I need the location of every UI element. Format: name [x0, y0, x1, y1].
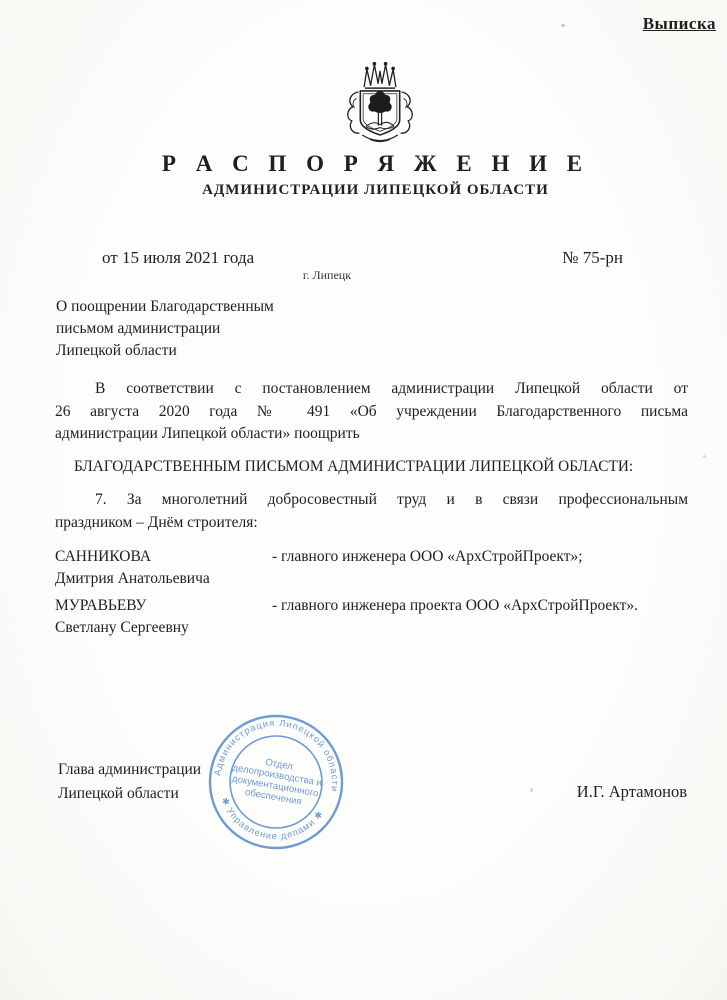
awardee-surname: САННИКОВА — [55, 546, 272, 568]
awardee-surname: МУРАВЬЕВУ — [55, 595, 272, 617]
document-number: № 75-рн — [562, 248, 623, 268]
paragraph-line: праздником – Днём строителя: — [55, 512, 688, 535]
scan-speck — [703, 455, 706, 458]
lipetsk-coat-of-arms-icon — [337, 60, 423, 150]
document-header: Р А С П О Р Я Ж Е Н И Е АДМИНИСТРАЦИИ ЛИ… — [0, 151, 727, 199]
signer-post: Глава администрации Липецкой области — [58, 758, 201, 806]
award-caption: БЛАГОДАРСТВЕННЫМ ПИСЬМОМ АДМИНИСТРАЦИИ Л… — [55, 458, 688, 476]
document-subject: О поощрении Благодарственным письмом адм… — [56, 296, 274, 362]
document-page: Выписка — [0, 0, 727, 1000]
subject-line: О поощрении Благодарственным — [56, 296, 274, 318]
document-city: г. Липецк — [0, 268, 654, 283]
awardee-position: - главного инженера проекта ООО «АрхСтро… — [272, 595, 688, 639]
signature-block: Глава администрации Липецкой области И.Г… — [58, 758, 687, 806]
awardee-row: МУРАВЬЕВУ Светлану Сергеевну - главного … — [55, 595, 688, 639]
signer-post-line: Липецкой области — [58, 782, 201, 806]
document-date: от 15 июля 2021 года — [102, 248, 254, 268]
document-subtitle: АДМИНИСТРАЦИИ ЛИПЕЦКОЙ ОБЛАСТИ — [24, 182, 727, 199]
signer-post-line: Глава администрации — [58, 758, 201, 782]
preamble-paragraph: В соответствии с постановлением админист… — [55, 378, 688, 446]
awardee-name: САННИКОВА Дмитрия Анатольевича — [55, 546, 272, 590]
document-title: Р А С П О Р Я Ж Е Н И Е — [24, 151, 727, 177]
awardee-given-name: Дмитрия Анатольевича — [55, 568, 272, 590]
item-7-paragraph: 7. За многолетний добросовестный труд и … — [55, 489, 688, 534]
paragraph-line: администрации Липецкой области» поощрить — [55, 423, 688, 446]
awardee-position: - главного инженера ООО «АрхСтройПроект»… — [272, 546, 688, 590]
subject-line: письмом администрации — [56, 318, 274, 340]
meta-row: от 15 июля 2021 года № 75-рн — [102, 248, 623, 268]
official-stamp: Администрация Липецкой области ✱ Управле… — [200, 706, 352, 858]
signer-name: И.Г. Артамонов — [577, 780, 687, 806]
scan-speck — [561, 24, 565, 27]
coat-of-arms — [337, 60, 423, 150]
paragraph-line: 26 августа 2020 года № 491 «Об учреждени… — [55, 401, 688, 424]
awardees-list: САННИКОВА Дмитрия Анатольевича - главног… — [55, 546, 688, 644]
extract-label: Выписка — [643, 14, 716, 34]
subject-line: Липецкой области — [56, 340, 274, 362]
paragraph-line: 7. За многолетний добросовестный труд и … — [55, 489, 688, 512]
round-stamp-icon: Администрация Липецкой области ✱ Управле… — [200, 706, 352, 858]
awardee-name: МУРАВЬЕВУ Светлану Сергеевну — [55, 595, 272, 639]
paragraph-line: В соответствии с постановлением админист… — [55, 378, 688, 401]
awardee-given-name: Светлану Сергеевну — [55, 617, 272, 639]
awardee-row: САННИКОВА Дмитрия Анатольевича - главног… — [55, 546, 688, 590]
